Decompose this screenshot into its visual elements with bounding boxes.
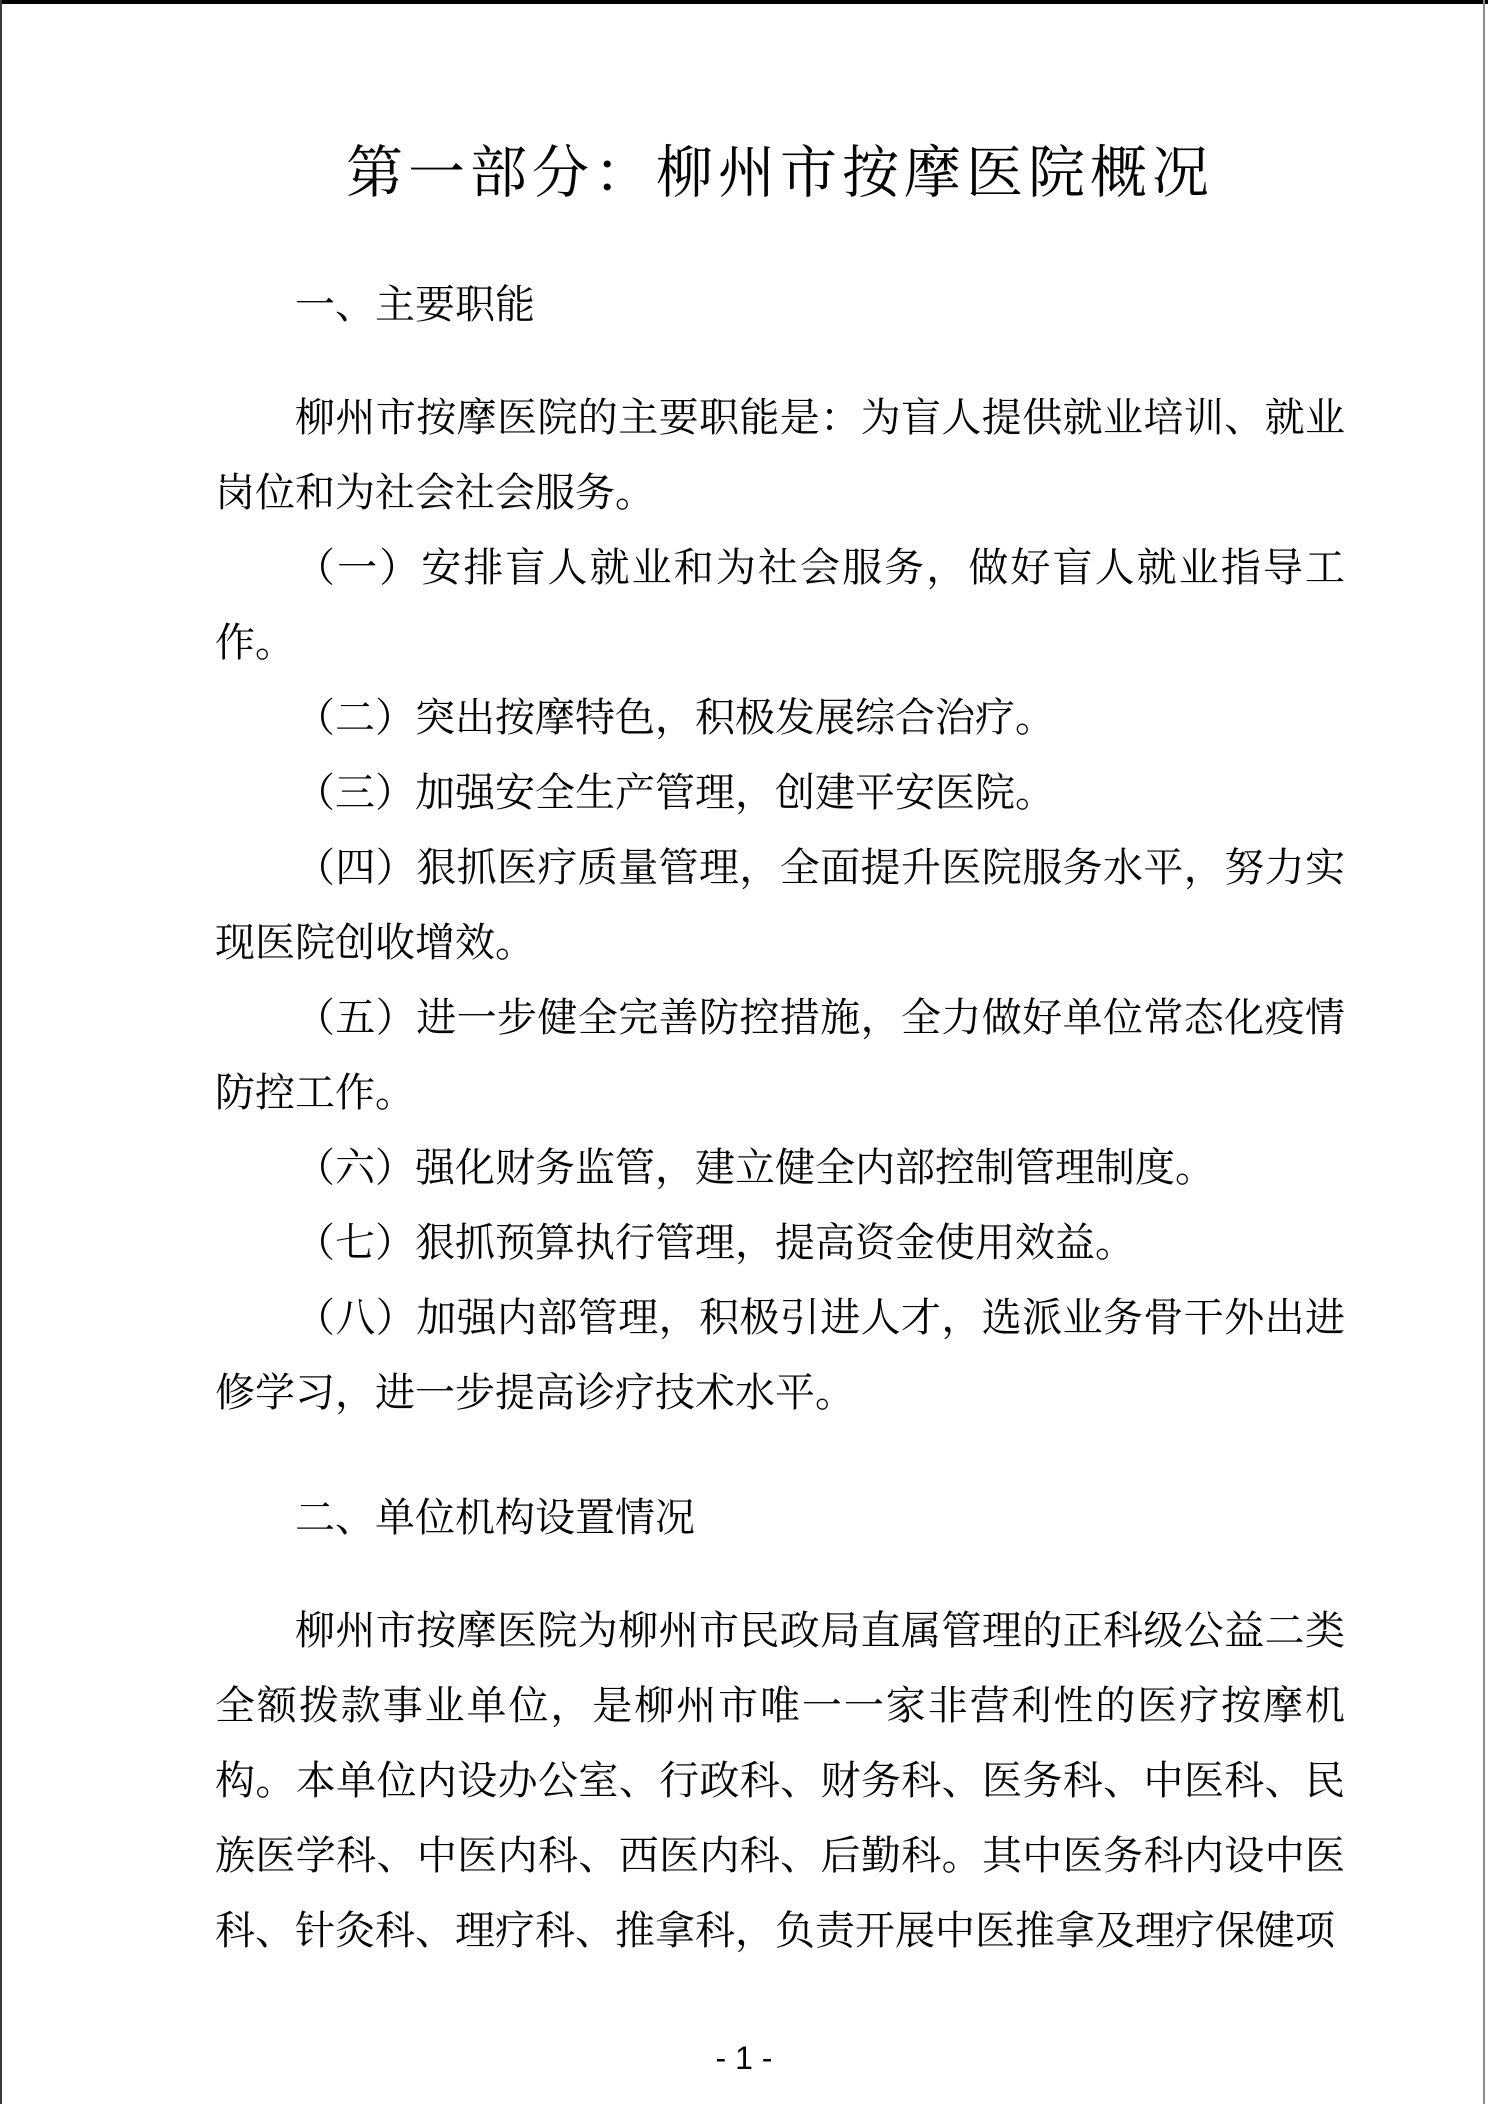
paragraph-main-duties: 柳州市按摩医院的主要职能是：为盲人提供就业培训、就业岗位和为社会社会服务。 bbox=[215, 381, 1345, 531]
paragraph-item-8: （八）加强内部管理，积极引进人才，选派业务骨干外出进修学习，进一步提高诊疗技术水… bbox=[215, 1281, 1345, 1431]
paragraph-item-4: （四）狠抓医疗质量管理，全面提升医院服务水平，努力实现医院创收增效。 bbox=[215, 831, 1345, 981]
page-number: - 1 - bbox=[0, 2040, 1488, 2076]
section-1-heading: 一、主要职能 bbox=[215, 268, 1345, 343]
paragraph-item-7: （七）狠抓预算执行管理，提高资金使用效益。 bbox=[215, 1206, 1345, 1281]
scan-artifact-right-edge bbox=[1483, 0, 1485, 2104]
paragraph-item-3: （三）加强安全生产管理，创建平安医院。 bbox=[215, 756, 1345, 831]
document-title: 第一部分：柳州市按摩医院概况 bbox=[215, 128, 1345, 218]
document-body: 第一部分：柳州市按摩医院概况 一、主要职能 柳州市按摩医院的主要职能是：为盲人提… bbox=[215, 0, 1345, 1969]
scan-artifact-left-edge bbox=[0, 0, 2, 2104]
paragraph-organization: 柳州市按摩医院为柳州市民政局直属管理的正科级公益二类全额拨款事业单位，是柳州市唯… bbox=[215, 1594, 1345, 1969]
paragraph-item-5: （五）进一步健全完善防控措施，全力做好单位常态化疫情防控工作。 bbox=[215, 981, 1345, 1131]
paragraph-item-2: （二）突出按摩特色，积极发展综合治疗。 bbox=[215, 681, 1345, 756]
paragraph-item-6: （六）强化财务监管，建立健全内部控制管理制度。 bbox=[215, 1131, 1345, 1206]
section-2-heading: 二、单位机构设置情况 bbox=[215, 1481, 1345, 1556]
paragraph-item-1: （一）安排盲人就业和为社会服务，做好盲人就业指导工作。 bbox=[215, 531, 1345, 681]
document-page: 第一部分：柳州市按摩医院概况 一、主要职能 柳州市按摩医院的主要职能是：为盲人提… bbox=[0, 0, 1488, 2104]
